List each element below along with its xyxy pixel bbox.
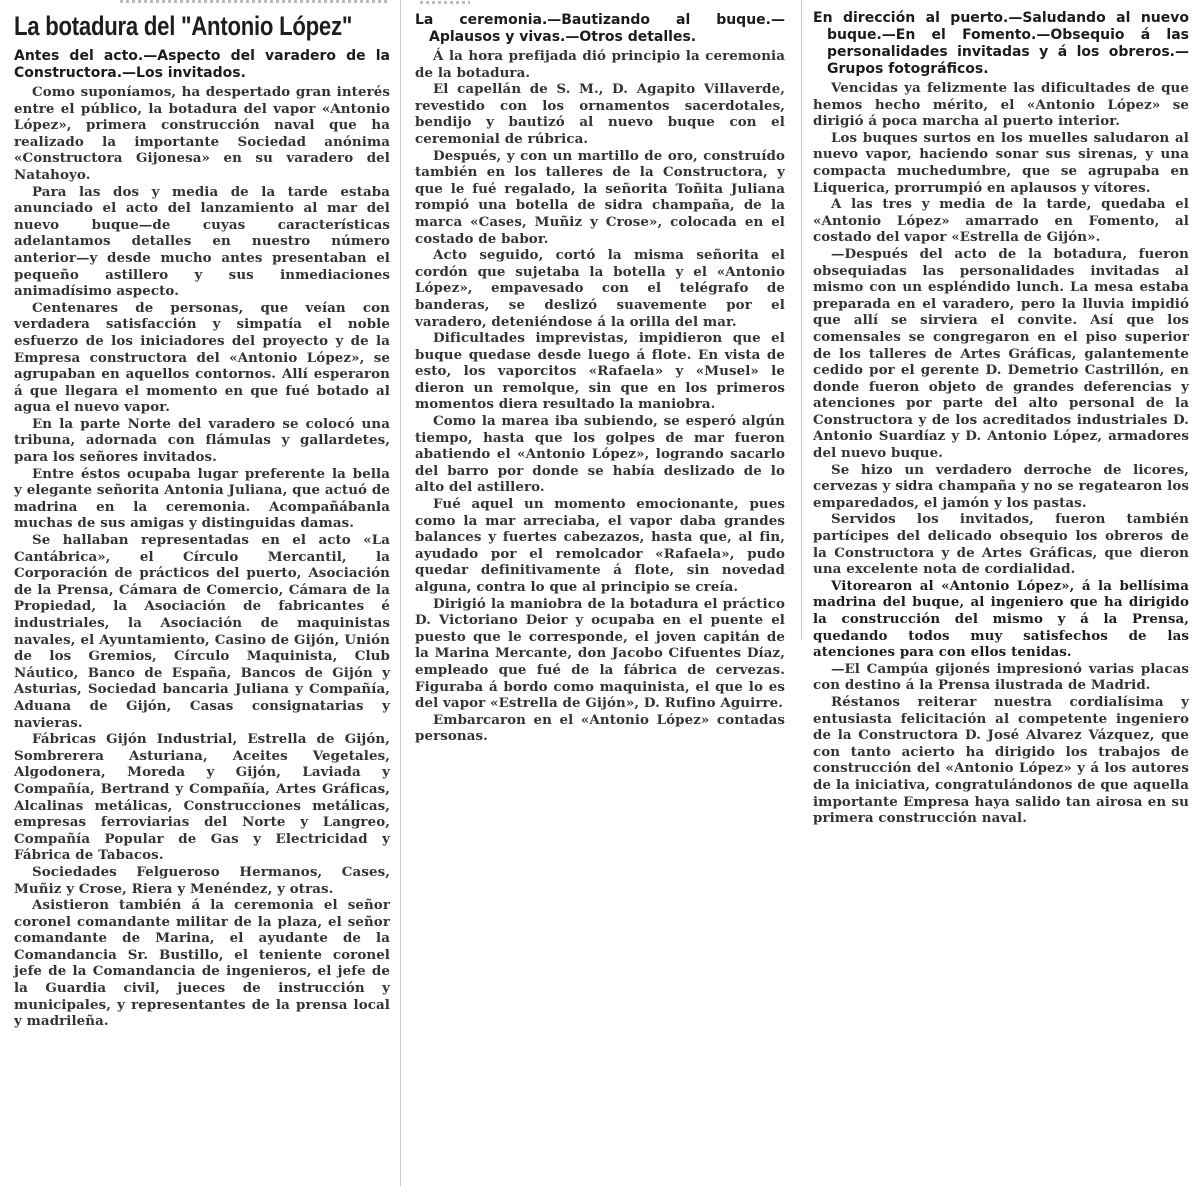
paragraph: Los buques surtos en los muelles saludar… [813, 130, 1189, 196]
paragraph: Entre éstos ocupaba lugar preferente la … [14, 466, 390, 532]
article-column-1: La botadura del "Antonio López" Antes de… [14, 10, 390, 1030]
paragraph: Se hallaban representadas en el acto «La… [14, 532, 390, 731]
paragraph: Servidos los invitados, fueron también p… [813, 511, 1189, 577]
paragraph: El capellán de S. M., D. Agapito Villave… [415, 81, 785, 147]
paragraph: Dirigió la maniobra de la botadura el pr… [415, 596, 785, 712]
column-divider [400, 0, 401, 1186]
paragraph: Centenares de personas, que veían con ve… [14, 300, 390, 416]
paragraph: Vencidas ya felizmente las dificultades … [813, 80, 1189, 130]
section-subheading: La ceremonia.—Bautizando al buque.—Aplau… [415, 12, 785, 46]
paragraph: Como la marea iba subiendo, se esperó al… [415, 413, 785, 496]
paragraph: Fábricas Gijón Industrial, Estrella de G… [14, 731, 390, 864]
paragraph: Sociedades Felgueroso Hermanos, Cases, M… [14, 864, 390, 897]
paragraph: Se hizo un verdadero derroche de licores… [813, 462, 1189, 512]
top-rule-fragment [120, 0, 390, 3]
paragraph: Acto seguido, cortó la misma señorita el… [415, 247, 785, 330]
paragraph: Como suponíamos, ha despertado gran inte… [14, 84, 390, 184]
paragraph: Réstanos reiterar nuestra cordialísima y… [813, 694, 1189, 827]
column-divider [801, 0, 802, 640]
paragraph: En la parte Norte del varadero se colocó… [14, 416, 390, 466]
article-column-3: En dirección al puerto.—Saludando al nue… [813, 10, 1189, 827]
section-subheading: Antes del acto.—Aspecto del varadero de … [14, 48, 390, 82]
paragraph: Vitorearon al «Antonio López», á la bell… [813, 578, 1189, 661]
paragraph: —El Campúa gijonés impresionó varias pla… [813, 661, 1189, 694]
top-rule-fragment [420, 1, 470, 4]
paragraph: —Después del acto de la botadura, fueron… [813, 246, 1189, 462]
article-column-2: La ceremonia.—Bautizando al buque.—Aplau… [415, 12, 785, 745]
paragraph: A las tres y media de la tarde, quedaba … [813, 196, 1189, 246]
paragraph: Para las dos y media de la tarde estaba … [14, 184, 390, 300]
paragraph: Asistieron también á la ceremonia el señ… [14, 897, 390, 1030]
paragraph: Después, y con un martillo de oro, const… [415, 148, 785, 248]
newspaper-page: La botadura del "Antonio López" Antes de… [0, 0, 1200, 1186]
section-subheading: En dirección al puerto.—Saludando al nue… [813, 10, 1189, 78]
paragraph: Á la hora prefijada dió principio la cer… [415, 48, 785, 81]
paragraph: Embarcaron en el «Antonio López» contada… [415, 712, 785, 745]
article-title: La botadura del "Antonio López" [14, 10, 322, 42]
paragraph: Fué aquel un momento emocionante, pues c… [415, 496, 785, 596]
paragraph: Dificultades imprevistas, impidieron que… [415, 330, 785, 413]
